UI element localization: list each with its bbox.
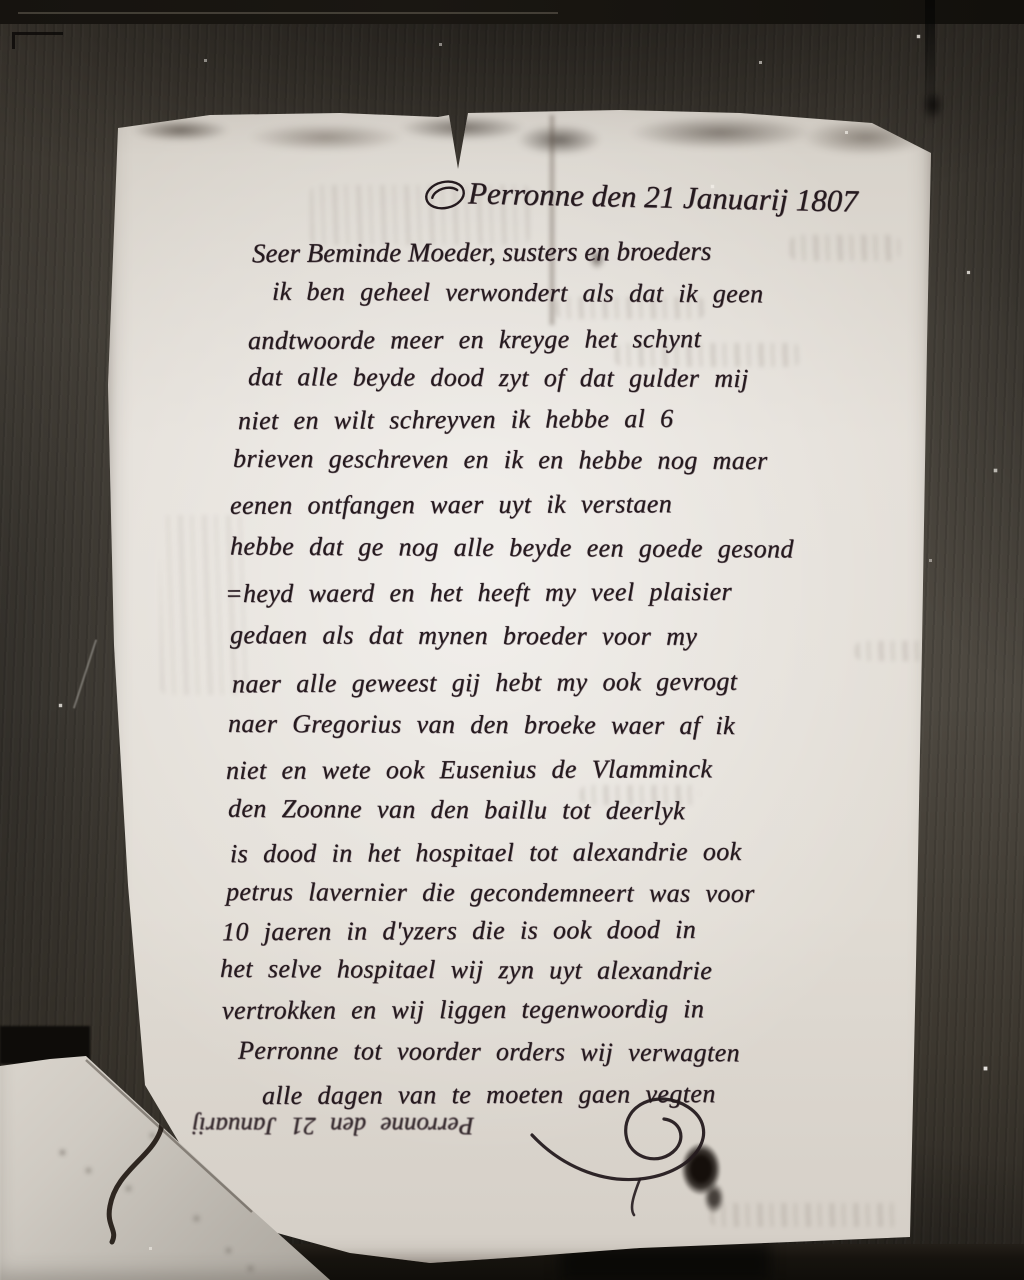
letter-line: vertrokken en wij liggen tegenwoordig in: [222, 994, 704, 1026]
top-dark-band: [0, 0, 1024, 24]
letter-line: 10 jaeren in d'yzers die is ook dood in: [222, 915, 696, 947]
letter-line: ik ben geheel verwondert als dat ik geen: [272, 277, 764, 310]
letter-line: brieven geschreven en ik en hebbe nog ma…: [233, 444, 768, 476]
letter-line: gedaen als dat mynen broeder voor my: [230, 620, 697, 652]
dark-blob-top-right: [918, 85, 948, 125]
offset-mirror-text: Perronne den 21 Januarij: [192, 1111, 474, 1139]
letter-line: dat alle beyde dood zyt of dat gulder mi…: [248, 362, 749, 394]
letter-line: =heyd waerd en het heeft my veel plaisie…: [225, 577, 732, 609]
letter-line: petrus lavernier die gecondemneert was v…: [226, 877, 755, 909]
letter-line: het selve hospitael wij zyn uyt alexandr…: [220, 954, 712, 986]
letter-line: hebbe dat ge nog alle beyde een goede ge…: [230, 532, 794, 565]
letter-line: andtwoorde meer en kreyge het schynt: [248, 324, 701, 356]
signature-flourish: [530, 1087, 750, 1217]
letter-line: naer Gregorius van den broeke waer af ik: [228, 709, 735, 741]
background-scratch-line: [18, 12, 558, 14]
photo-dust-specks: [0, 0, 1, 1]
letter-line: eenen ontfangen waer uyt ik verstaen: [230, 489, 672, 521]
letter-body: ik ben geheel verwondert als dat ik geen…: [100, 85, 940, 1265]
letter-paper: Perronne den 21 Januarij 1807 Seer Bemin…: [100, 85, 940, 1265]
letter-line: is dood in het hospitael tot alexandrie …: [230, 837, 742, 869]
letter-line: niet en wilt schreyven ik hebbe al 6: [238, 404, 674, 436]
letter-line: niet en wete ook Eusenius de Vlamminck: [226, 754, 712, 786]
corner-mark-top-left: [12, 32, 63, 49]
letter-line: den Zoonne van den baillu tot deerlyk: [228, 794, 685, 826]
photograph-of-letter: Perronne den 21 Januarij 1807 Seer Bemin…: [0, 0, 1024, 1280]
letter-line: naer alle geweest gij hebt my ook gevrog…: [232, 667, 738, 700]
letter-line: Perronne tot voorder orders wij verwagte…: [238, 1036, 740, 1069]
